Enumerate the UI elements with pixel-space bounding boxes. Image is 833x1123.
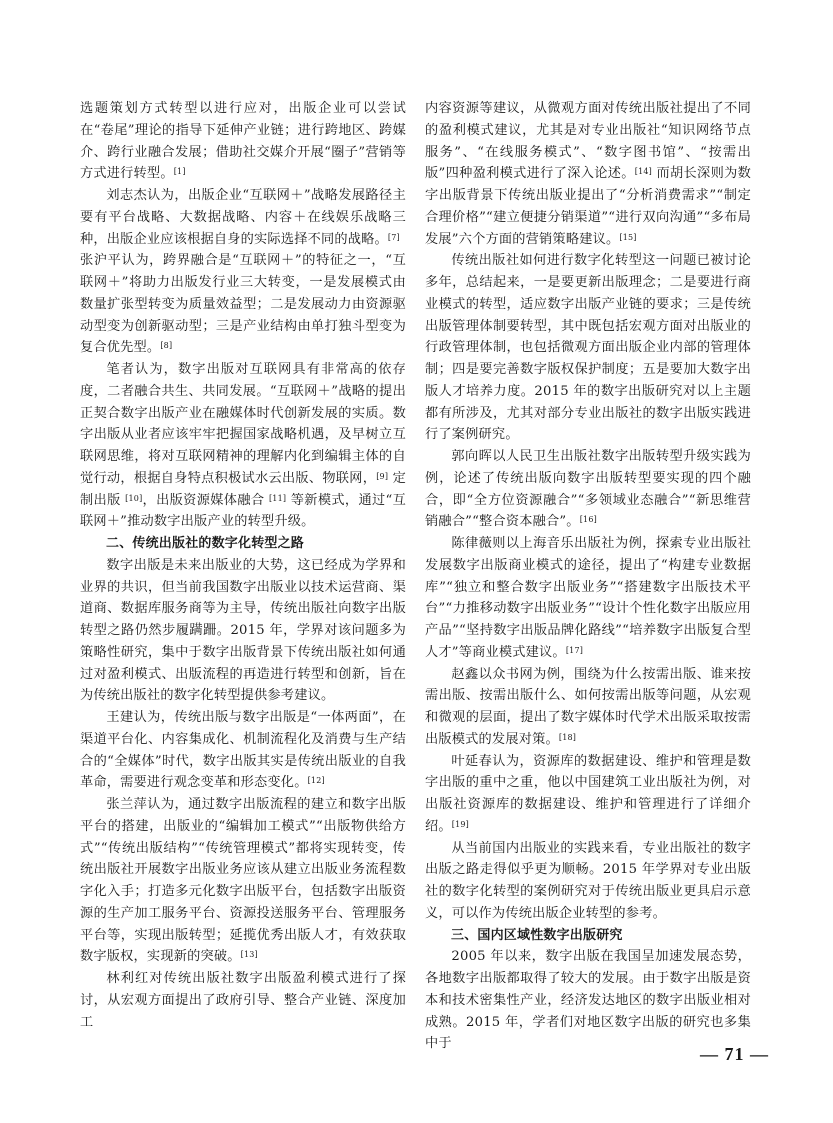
citation-ref: [15] xyxy=(619,233,636,242)
right-column: 内容资源等建议，从微观方面对传统出版社提出了不同的盈利模式建议，尤其是对专业出版… xyxy=(425,98,751,1055)
paragraph: 笔者认为，数字出版对互联网具有非常高的依存度，二者融合共生、共同发展。“互联网＋… xyxy=(80,359,406,533)
paragraph: 数字出版是未来出版业的大势，这已经成为学界和业界的共识，但当前我国数字出版业以技… xyxy=(80,555,406,707)
paragraph: 2005 年以来，数字出版在我国呈加速发展态势，各地数字出版都取得了较大的发展。… xyxy=(425,946,751,1055)
paragraph-text: 数字出版是未来出版业的大势，这已经成为学界和业界的共识，但当前我国数字出版业以技… xyxy=(80,558,406,704)
citation-ref: [12] xyxy=(308,776,325,785)
paragraph-text: ，出版资源媒体融合 xyxy=(142,493,269,508)
paragraph: 张兰萍认为，通过数字出版流程的建立和数字出版平台的搭建，出版业的“编辑加工模式”… xyxy=(80,794,406,968)
paragraph-text: 陈律薇则以上海音乐出版社为例，探索专业出版社发展数字出版商业模式的途径，提出了“… xyxy=(425,536,751,660)
paragraph-text: 笔者认为，数字出版对互联网具有非常高的依存度，二者融合共生、共同发展。“互联网＋… xyxy=(80,362,406,486)
citation-ref: [7] xyxy=(388,233,400,242)
citation-ref: [17] xyxy=(566,646,583,655)
section-heading: 二、传统出版社的数字化转型之路 xyxy=(80,533,406,555)
paragraph-text: 刘志杰认为，出版企业“互联网＋”战略发展路径主要有平台战略、大数据战略、内容＋在… xyxy=(80,188,406,247)
paragraph: 刘志杰认为，出版企业“互联网＋”战略发展路径主要有平台战略、大数据战略、内容＋在… xyxy=(80,185,406,250)
paragraph: 陈律薇则以上海音乐出版社为例，探索专业出版社发展数字出版商业模式的途径，提出了“… xyxy=(425,533,751,664)
citation-ref: [8] xyxy=(160,341,172,350)
paragraph-text: 传统出版社如何进行数字化转型这一问题已被讨论多年，总结起来，一是要更新出版理念；… xyxy=(425,253,751,442)
paragraph: 王建认为，传统出版与数字出版是“一体两面”，在渠道平台化、内容集成化、机制流程化… xyxy=(80,707,406,794)
paragraph: 郭向晖以人民卫生出版社数字出版转型升级实践为例，论述了传统出版向数字出版转型要实… xyxy=(425,446,751,533)
paragraph: 选题策划方式转型以进行应对，出版企业可以尝试在“卷尾”理论的指导下延伸产业链；进… xyxy=(80,98,406,185)
paragraph-text: 2005 年以来，数字出版在我国呈加速发展态势，各地数字出版都取得了较大的发展。… xyxy=(425,949,751,1051)
citation-ref: [1] xyxy=(174,167,186,176)
paragraph-text: 选题策划方式转型以进行应对，出版企业可以尝试在“卷尾”理论的指导下延伸产业链；进… xyxy=(80,101,406,181)
citation-ref: [18] xyxy=(559,733,576,742)
paragraph-text: 林利红对传统出版社数字出版盈利模式进行了探讨，从宏观方面提出了政府引导、整合产业… xyxy=(80,971,406,1030)
page-number: — 71 — xyxy=(700,1044,769,1065)
paragraph-text: 从当前国内出版业的实践来看，专业出版社的数字出版之路走得似乎更为顺畅。2015 … xyxy=(425,841,751,921)
citation-ref: [10] xyxy=(125,494,142,503)
citation-ref: [14] xyxy=(635,167,652,176)
paragraph: 传统出版社如何进行数字化转型这一问题已被讨论多年，总结起来，一是要更新出版理念；… xyxy=(425,250,751,446)
paragraph-text: 王建认为，传统出版与数字出版是“一体两面”，在渠道平台化、内容集成化、机制流程化… xyxy=(80,710,406,790)
paragraph: 赵鑫以众书网为例，围绕为什么按需出版、谁来按需出版、按需出版什么、如何按需出版等… xyxy=(425,664,751,751)
paragraph-text: 赵鑫以众书网为例，围绕为什么按需出版、谁来按需出版、按需出版什么、如何按需出版等… xyxy=(425,667,751,747)
paragraph: 张沪平认为，跨界融合是“互联网＋”的特征之一，“互联网＋”将助力出版发行业三大转… xyxy=(80,250,406,359)
citation-ref: [9] xyxy=(376,472,388,481)
section-heading: 三、国内区域性数字出版研究 xyxy=(425,925,751,947)
citation-ref: [11] xyxy=(269,494,286,503)
citation-ref: [13] xyxy=(241,950,258,959)
citation-ref: [19] xyxy=(452,820,469,829)
paragraph-text: 张沪平认为，跨界融合是“互联网＋”的特征之一，“互联网＋”将助力出版发行业三大转… xyxy=(80,253,406,355)
paragraph-text: 张兰萍认为，通过数字出版流程的建立和数字出版平台的搭建，出版业的“编辑加工模式”… xyxy=(80,797,406,964)
citation-ref: [16] xyxy=(580,515,597,524)
paragraph: 叶延春认为，资源库的数据建设、维护和管理是数字出版的重中之重，他以中国建筑工业出… xyxy=(425,751,751,838)
paragraph: 从当前国内出版业的实践来看，专业出版社的数字出版之路走得似乎更为顺畅。2015 … xyxy=(425,838,751,925)
paragraph-text: 叶延春认为，资源库的数据建设、维护和管理是数字出版的重中之重，他以中国建筑工业出… xyxy=(425,754,751,834)
paragraph: 内容资源等建议，从微观方面对传统出版社提出了不同的盈利模式建议，尤其是对专业出版… xyxy=(425,98,751,250)
left-column: 选题策划方式转型以进行应对，出版企业可以尝试在“卷尾”理论的指导下延伸产业链；进… xyxy=(80,98,406,1033)
paragraph: 林利红对传统出版社数字出版盈利模式进行了探讨，从宏观方面提出了政府引导、整合产业… xyxy=(80,968,406,1033)
